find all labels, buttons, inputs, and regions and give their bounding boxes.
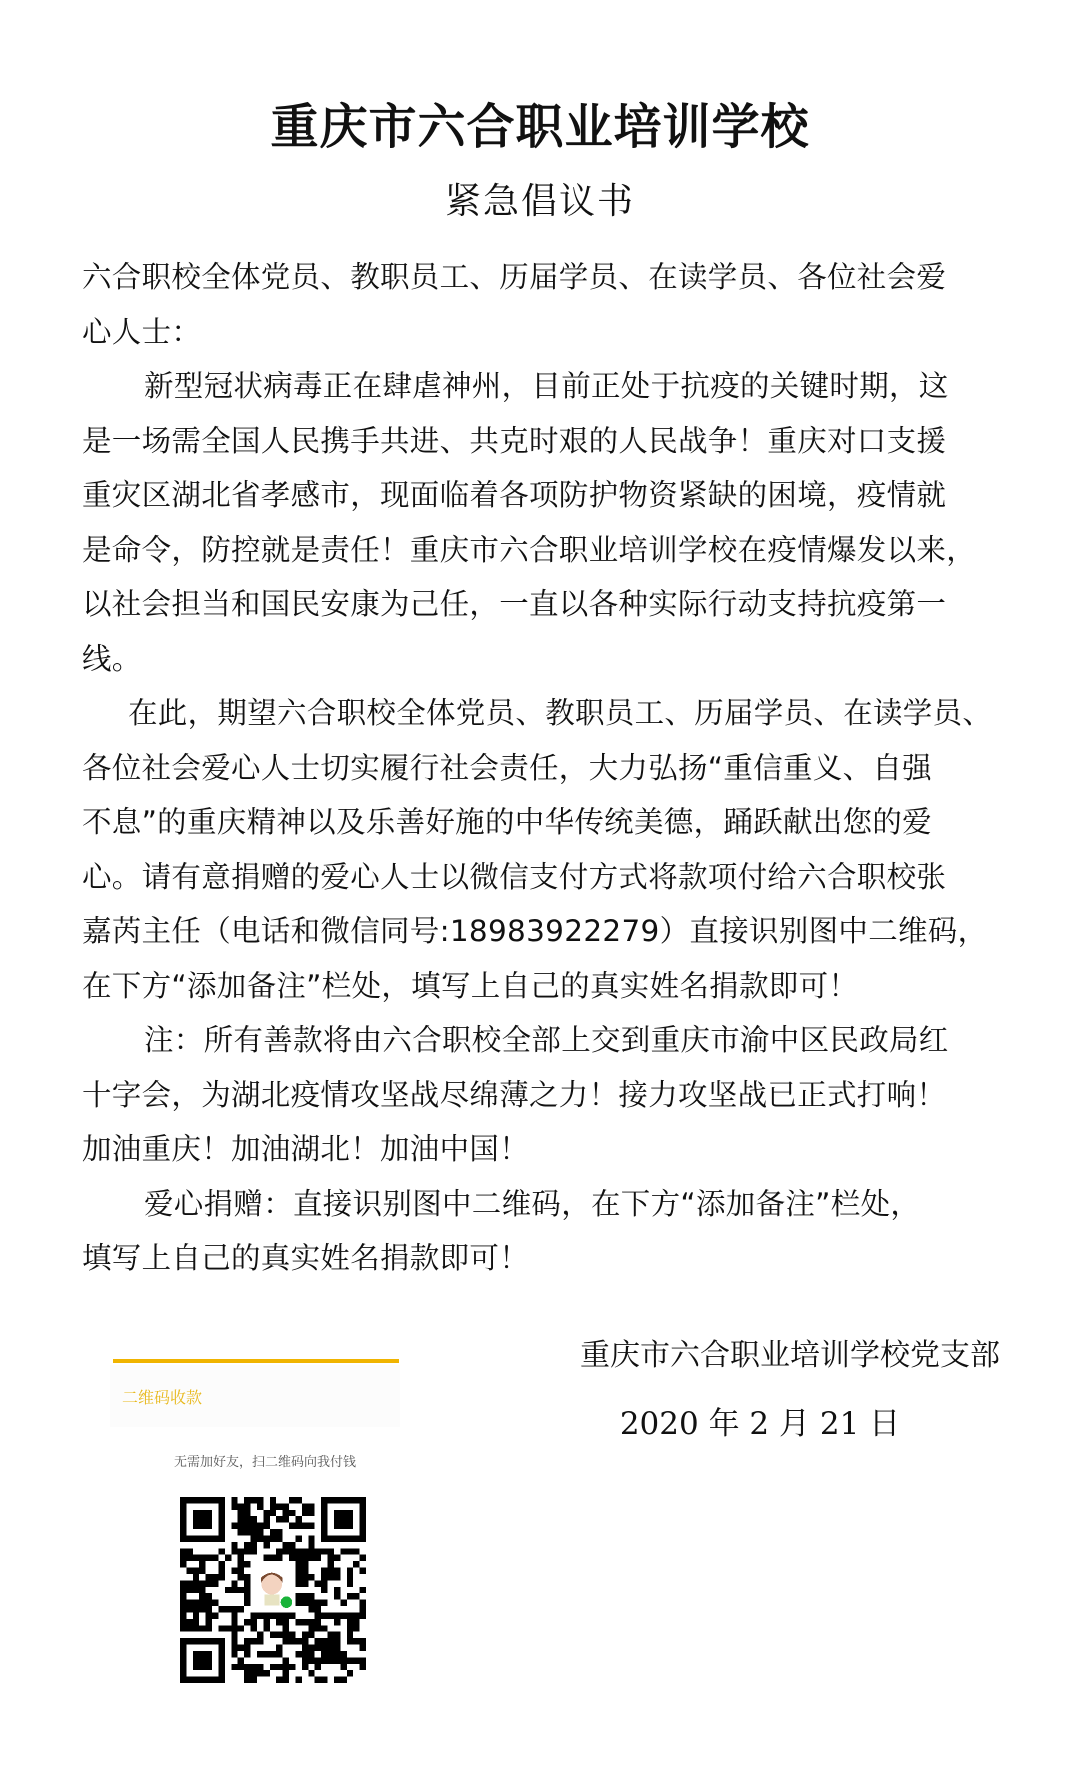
- body-line: 线。: [82, 632, 1002, 687]
- body-line: 在下方“添加备注”栏处，填写上自己的真实姓名捐款即可！: [82, 959, 1002, 1014]
- body-line: 是一场需全国人民携手共进、共克时艰的人民战争！重庆对口支援: [82, 414, 1002, 469]
- body-line: 嘉芮主任（电话和微信同号:18983922279）直接识别图中二维码，: [82, 904, 1002, 959]
- body-line: 爱心捐赠：直接识别图中二维码，在下方“添加备注”栏处，: [82, 1177, 1002, 1232]
- card-accent-bar: [113, 1359, 399, 1363]
- body-line: 不息”的重庆精神以及乐善好施的中华传统美德，踊跃献出您的爱: [82, 795, 1002, 850]
- body-line: 重灾区湖北省孝感市，现面临着各项防护物资紧缺的困境，疫情就: [82, 468, 1002, 523]
- body-line: 是命令，防控就是责任！重庆市六合职业培训学校在疫情爆发以来，: [82, 523, 1002, 578]
- body-line: 各位社会爱心人士切实履行社会责任，大力弘扬“重信重义、自强: [82, 741, 1002, 796]
- body-line: 新型冠状病毒正在肆虐神州，目前正处于抗疫的关键时期，这: [82, 359, 1002, 414]
- body-line: 在此，期望六合职校全体党员、教职员工、历届学员、在读学员、: [82, 686, 1002, 741]
- body-line: 加油重庆！加油湖北！加油中国！: [82, 1122, 1002, 1177]
- document-title: 重庆市六合职业培训学校: [0, 88, 1080, 157]
- document-date: 2020 年 2 月 21 日: [600, 1398, 920, 1443]
- body-line: 注：所有善款将由六合职校全部上交到重庆市渝中区民政局红: [82, 1013, 1002, 1068]
- document-body: 六合职校全体党员、教职员工、历届学员、在读学员、各位社会爱心人士：新型冠状病毒正…: [82, 250, 1002, 1286]
- card-title: 二维码收款: [122, 1385, 202, 1408]
- card-header: 二维码收款: [110, 1365, 400, 1427]
- qr-code-icon[interactable]: [180, 1497, 366, 1683]
- document-subtitle: 紧急倡议书: [0, 173, 1080, 224]
- body-line: 心。请有意捐赠的爱心人士以微信支付方式将款项付给六合职校张: [82, 850, 1002, 905]
- body-line: 六合职校全体党员、教职员工、历届学员、在读学员、各位社会爱: [82, 250, 1002, 305]
- body-line: 十字会，为湖北疫情攻坚战尽绵薄之力！接力攻坚战已正式打响！: [82, 1068, 1002, 1123]
- card-note: 无需加好友，扫二维码向我付钱: [174, 1451, 356, 1470]
- body-line: 心人士：: [82, 305, 1002, 360]
- payment-qr-card: 二维码收款 无需加好友，扫二维码向我付钱: [110, 1359, 400, 1759]
- body-line: 以社会担当和国民安康为己任，一直以各种实际行动支持抗疫第一: [82, 577, 1002, 632]
- body-line: 填写上自己的真实姓名捐款即可！: [82, 1231, 1002, 1286]
- signature: 重庆市六合职业培训学校党支部: [540, 1336, 1000, 1376]
